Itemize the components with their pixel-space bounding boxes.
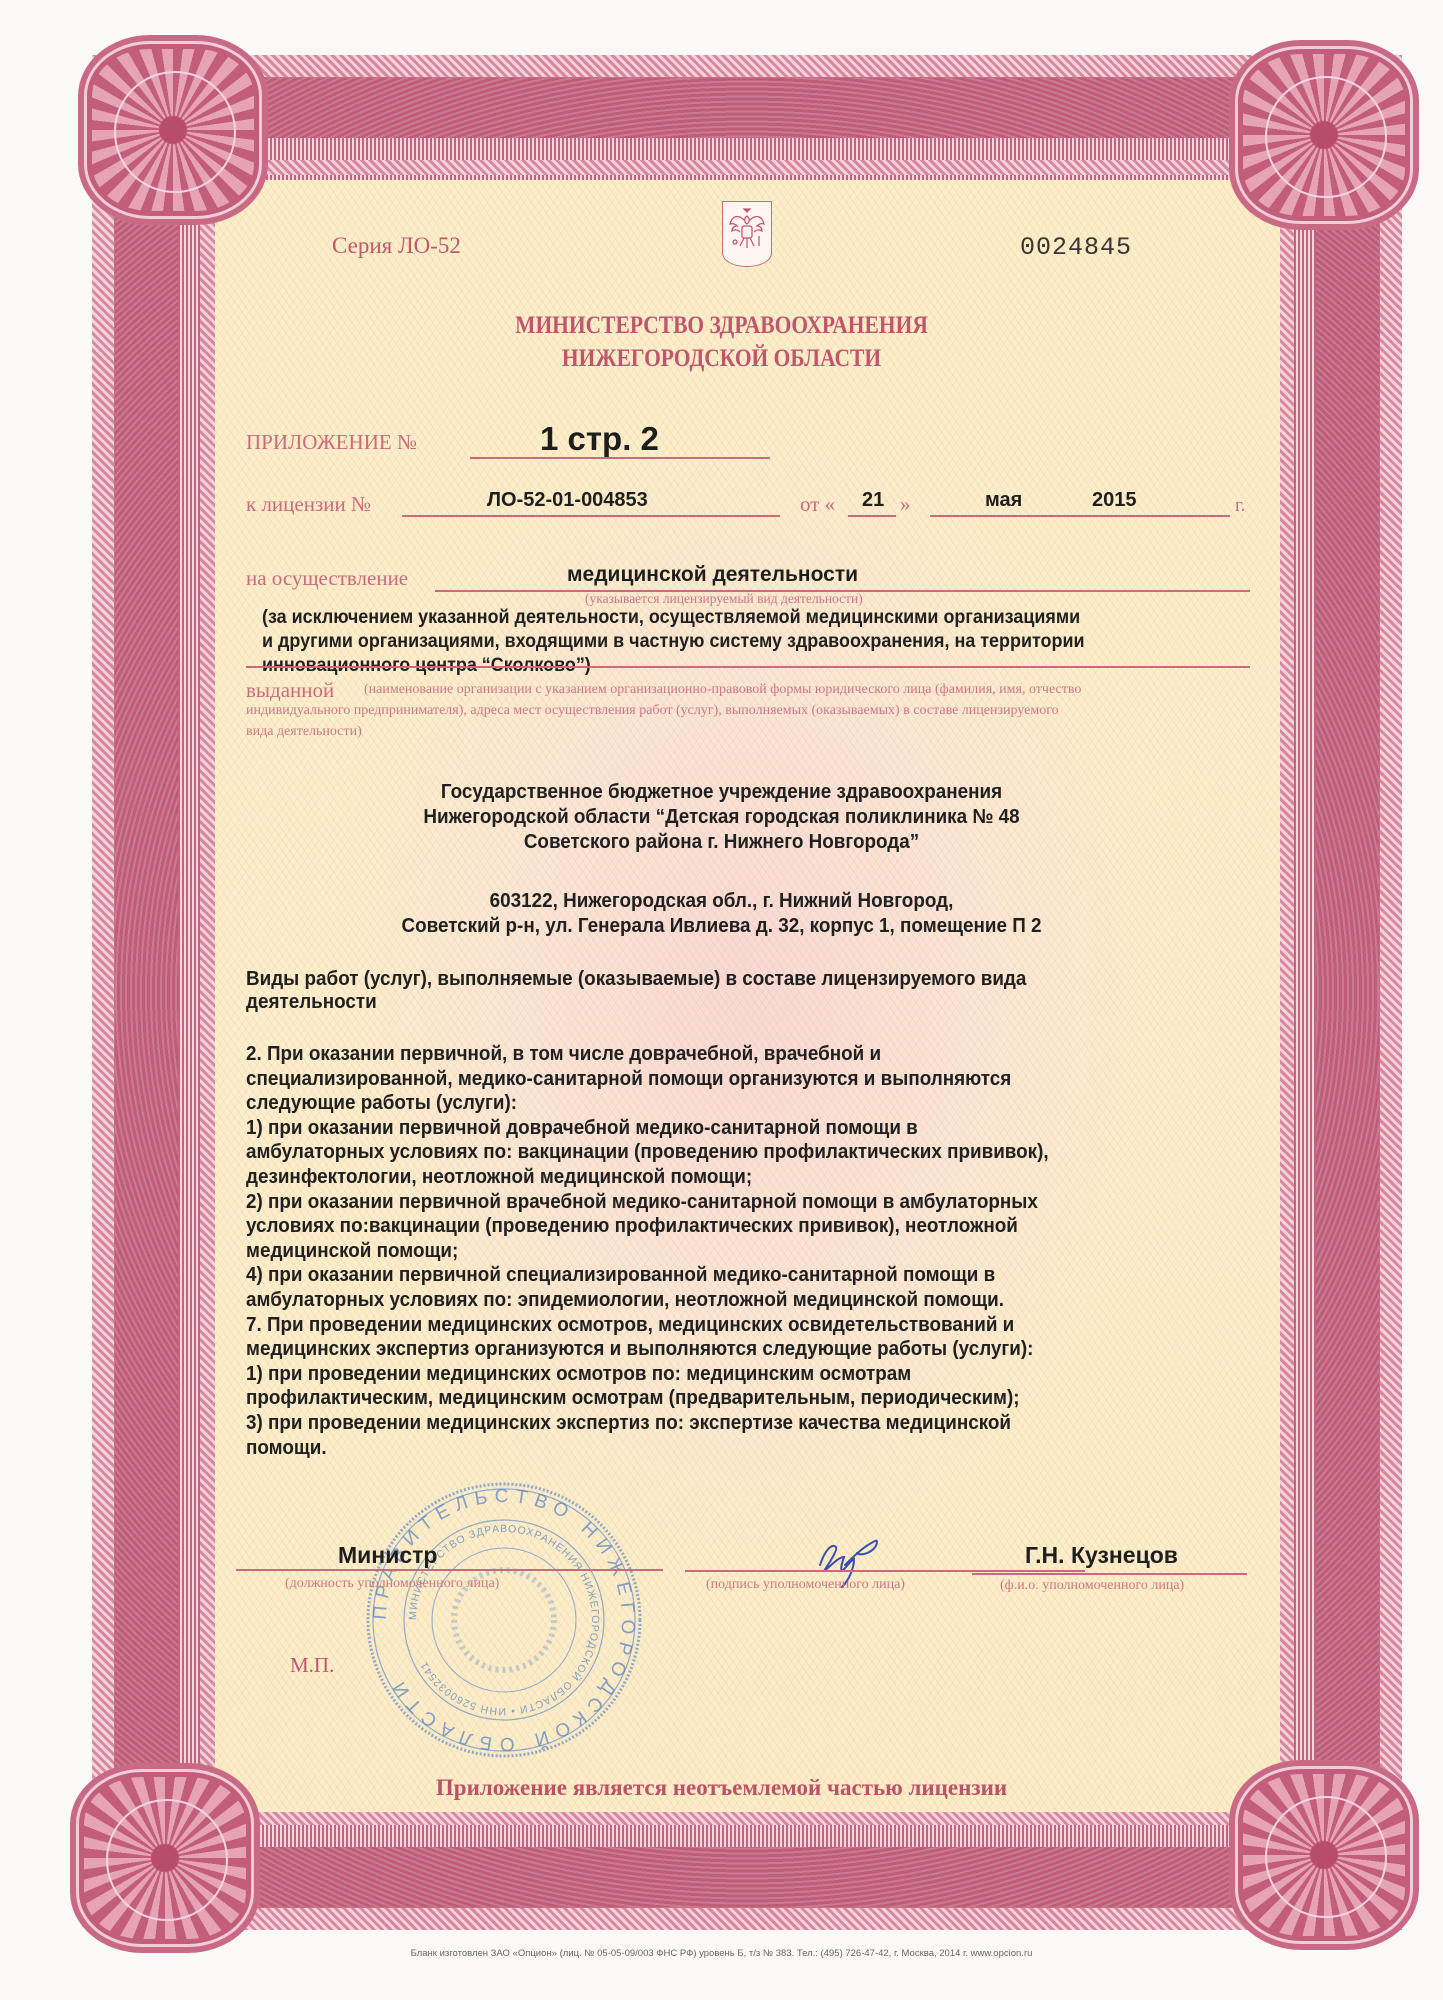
day-underline [848, 515, 896, 517]
issued-to-caption: вида деятельности) [246, 724, 362, 740]
corner-rosette-icon [1229, 40, 1419, 230]
license-year: 2015 [1092, 489, 1137, 512]
signature-caption: (подпись уполномоченного лица) [706, 1577, 905, 1593]
service-line: медицинских экспертиз организуются и вып… [246, 1337, 1033, 1361]
license-number: ЛО-52-01-004853 [487, 489, 648, 512]
official-stamp-icon: ПРАВИТЕЛЬСТВО НИЖЕГОРОДСКОЙ ОБЛАСТИ МИНИ… [362, 1475, 647, 1765]
service-line: следующие работы (услуги): [246, 1091, 517, 1115]
organization-name-line: Советского района г. Нижнего Новгорода” [58, 830, 1386, 854]
service-line: 1) при оказании первичной доврачебной ме… [246, 1116, 918, 1140]
activity-label: на осуществление [246, 566, 408, 591]
license-appendix-sheet: Серия ЛО-52 0024845 МИНИСТЕРСТВО ЗДРАВОО… [0, 0, 1443, 2000]
organization-name-line: Нижегородской области “Детская городская… [58, 805, 1386, 829]
exclusion-underline [246, 666, 1250, 668]
date-from-label: от « [800, 492, 835, 517]
issued-to-caption: (наименование организации с указанием ор… [364, 682, 1081, 698]
issuer-title-line-2: НИЖЕГОРОДСКОЙ ОБЛАСТИ [101, 345, 1342, 373]
service-line: 3) при проведении медицинских экспертиз … [246, 1411, 1011, 1435]
position-underline [236, 1569, 663, 1571]
signatory-position: Министр [338, 1542, 437, 1569]
service-line: 7. При проведении медицинских осмотров, … [246, 1313, 1014, 1337]
license-underline [402, 515, 780, 517]
name-caption: (ф.и.о. уполномоченного лица) [1000, 1578, 1184, 1594]
license-label: к лицензии № [246, 492, 371, 517]
year-suffix: г. [1235, 495, 1245, 517]
issuer-title-line-1: МИНИСТЕРСТВО ЗДРАВООХРАНЕНИЯ [101, 312, 1342, 340]
service-line: условиях по:вакцинации (проведению профи… [246, 1214, 1018, 1238]
blank-serial-number: 0024845 [1020, 233, 1132, 262]
printer-fineprint: Бланк изготовлен ЗАО «Опцион» (лиц. № 05… [0, 1948, 1443, 1959]
name-underline [972, 1573, 1247, 1575]
service-line: медицинской помощи; [246, 1239, 458, 1263]
appendix-value: 1 стр. 2 [540, 420, 659, 458]
activity-caption: (указывается лицензируемый вид деятельно… [585, 591, 863, 607]
seal-placeholder-label: М.П. [290, 1653, 334, 1678]
address-line: 603122, Нижегородская обл., г. Нижний Но… [58, 889, 1386, 913]
month-year-underline [930, 515, 1230, 517]
issued-to-label: выданной [246, 678, 334, 703]
service-line: профилактическим, медицинским осмотрам (… [246, 1386, 1020, 1410]
series-label: Серия ЛО-52 [332, 233, 461, 259]
signature-underline [685, 1570, 1085, 1572]
service-line: 2. При оказании первичной, в том числе д… [246, 1042, 881, 1066]
signatory-name: Г.Н. Кузнецов [1025, 1542, 1178, 1569]
activity-value: медицинской деятельности [567, 563, 858, 587]
service-line: амбулаторных условиях по: вакцинации (пр… [246, 1140, 1049, 1164]
organization-name-line: Государственное бюджетное учреждение здр… [58, 780, 1386, 804]
license-day: 21 [862, 489, 884, 512]
coat-of-arms-icon [722, 201, 772, 267]
footer-title: Приложение является неотъемлемой частью … [0, 1775, 1443, 1801]
date-close-label: » [900, 492, 911, 517]
address-line: Советский р-н, ул. Генерала Ивлиева д. 3… [58, 914, 1386, 938]
position-caption: (должность уполномоченного лица) [285, 1576, 499, 1592]
service-line: специализированной, медико-санитарной по… [246, 1067, 1011, 1091]
corner-rosette-icon [78, 35, 268, 225]
services-heading: Виды работ (услуг), выполняемые (оказыва… [246, 967, 1026, 991]
service-line: амбулаторных условиях по: эпидемиологии,… [246, 1288, 1004, 1312]
service-line: 1) при проведении медицинских осмотров п… [246, 1362, 911, 1386]
appendix-label: ПРИЛОЖЕНИЕ № [246, 430, 417, 455]
services-heading: деятельности [246, 990, 377, 1014]
service-line: дезинфектологии, неотложной медицинской … [246, 1165, 752, 1189]
license-month: мая [985, 489, 1022, 512]
service-line: 2) при оказании первичной врачебной меди… [246, 1190, 1038, 1214]
exclusion-line: и другими организациями, входящими в час… [262, 630, 1085, 653]
service-line: помощи. [246, 1436, 327, 1460]
exclusion-line: (за исключением указанной деятельности, … [262, 606, 1080, 629]
service-line: 4) при оказании первичной специализирова… [246, 1263, 995, 1287]
issued-to-caption: индивидуального предпринимателя), адреса… [246, 703, 1059, 719]
